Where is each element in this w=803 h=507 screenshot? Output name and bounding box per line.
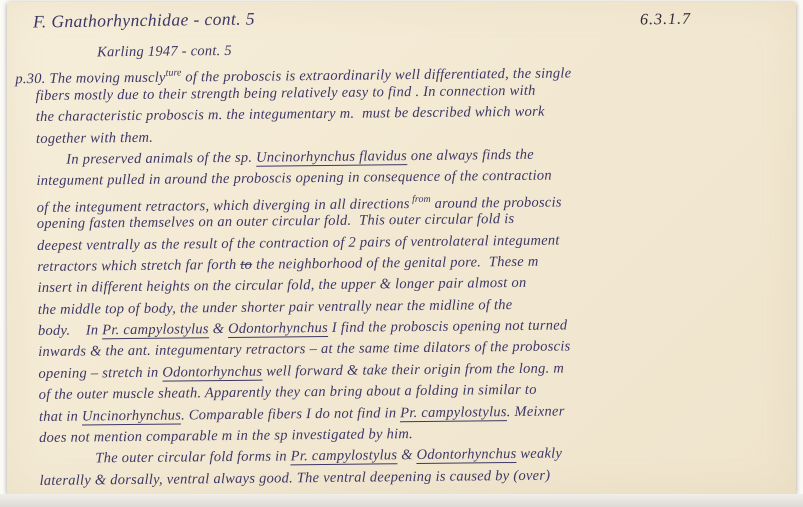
- classification-number: 6.3.1.7: [640, 11, 691, 30]
- scan-edge: [0, 494, 803, 507]
- card-header-title: F. Gnathorhynchidae - cont. 5: [33, 8, 255, 32]
- scanned-index-card-page: { "document": { "colors": { "paper": "#f…: [0, 0, 803, 507]
- index-card: F. Gnathorhynchidae - cont. 5 6.3.1.7 Ka…: [7, 2, 796, 494]
- note-lines: Karling 1947 - cont. 5p.30. The moving m…: [35, 35, 791, 492]
